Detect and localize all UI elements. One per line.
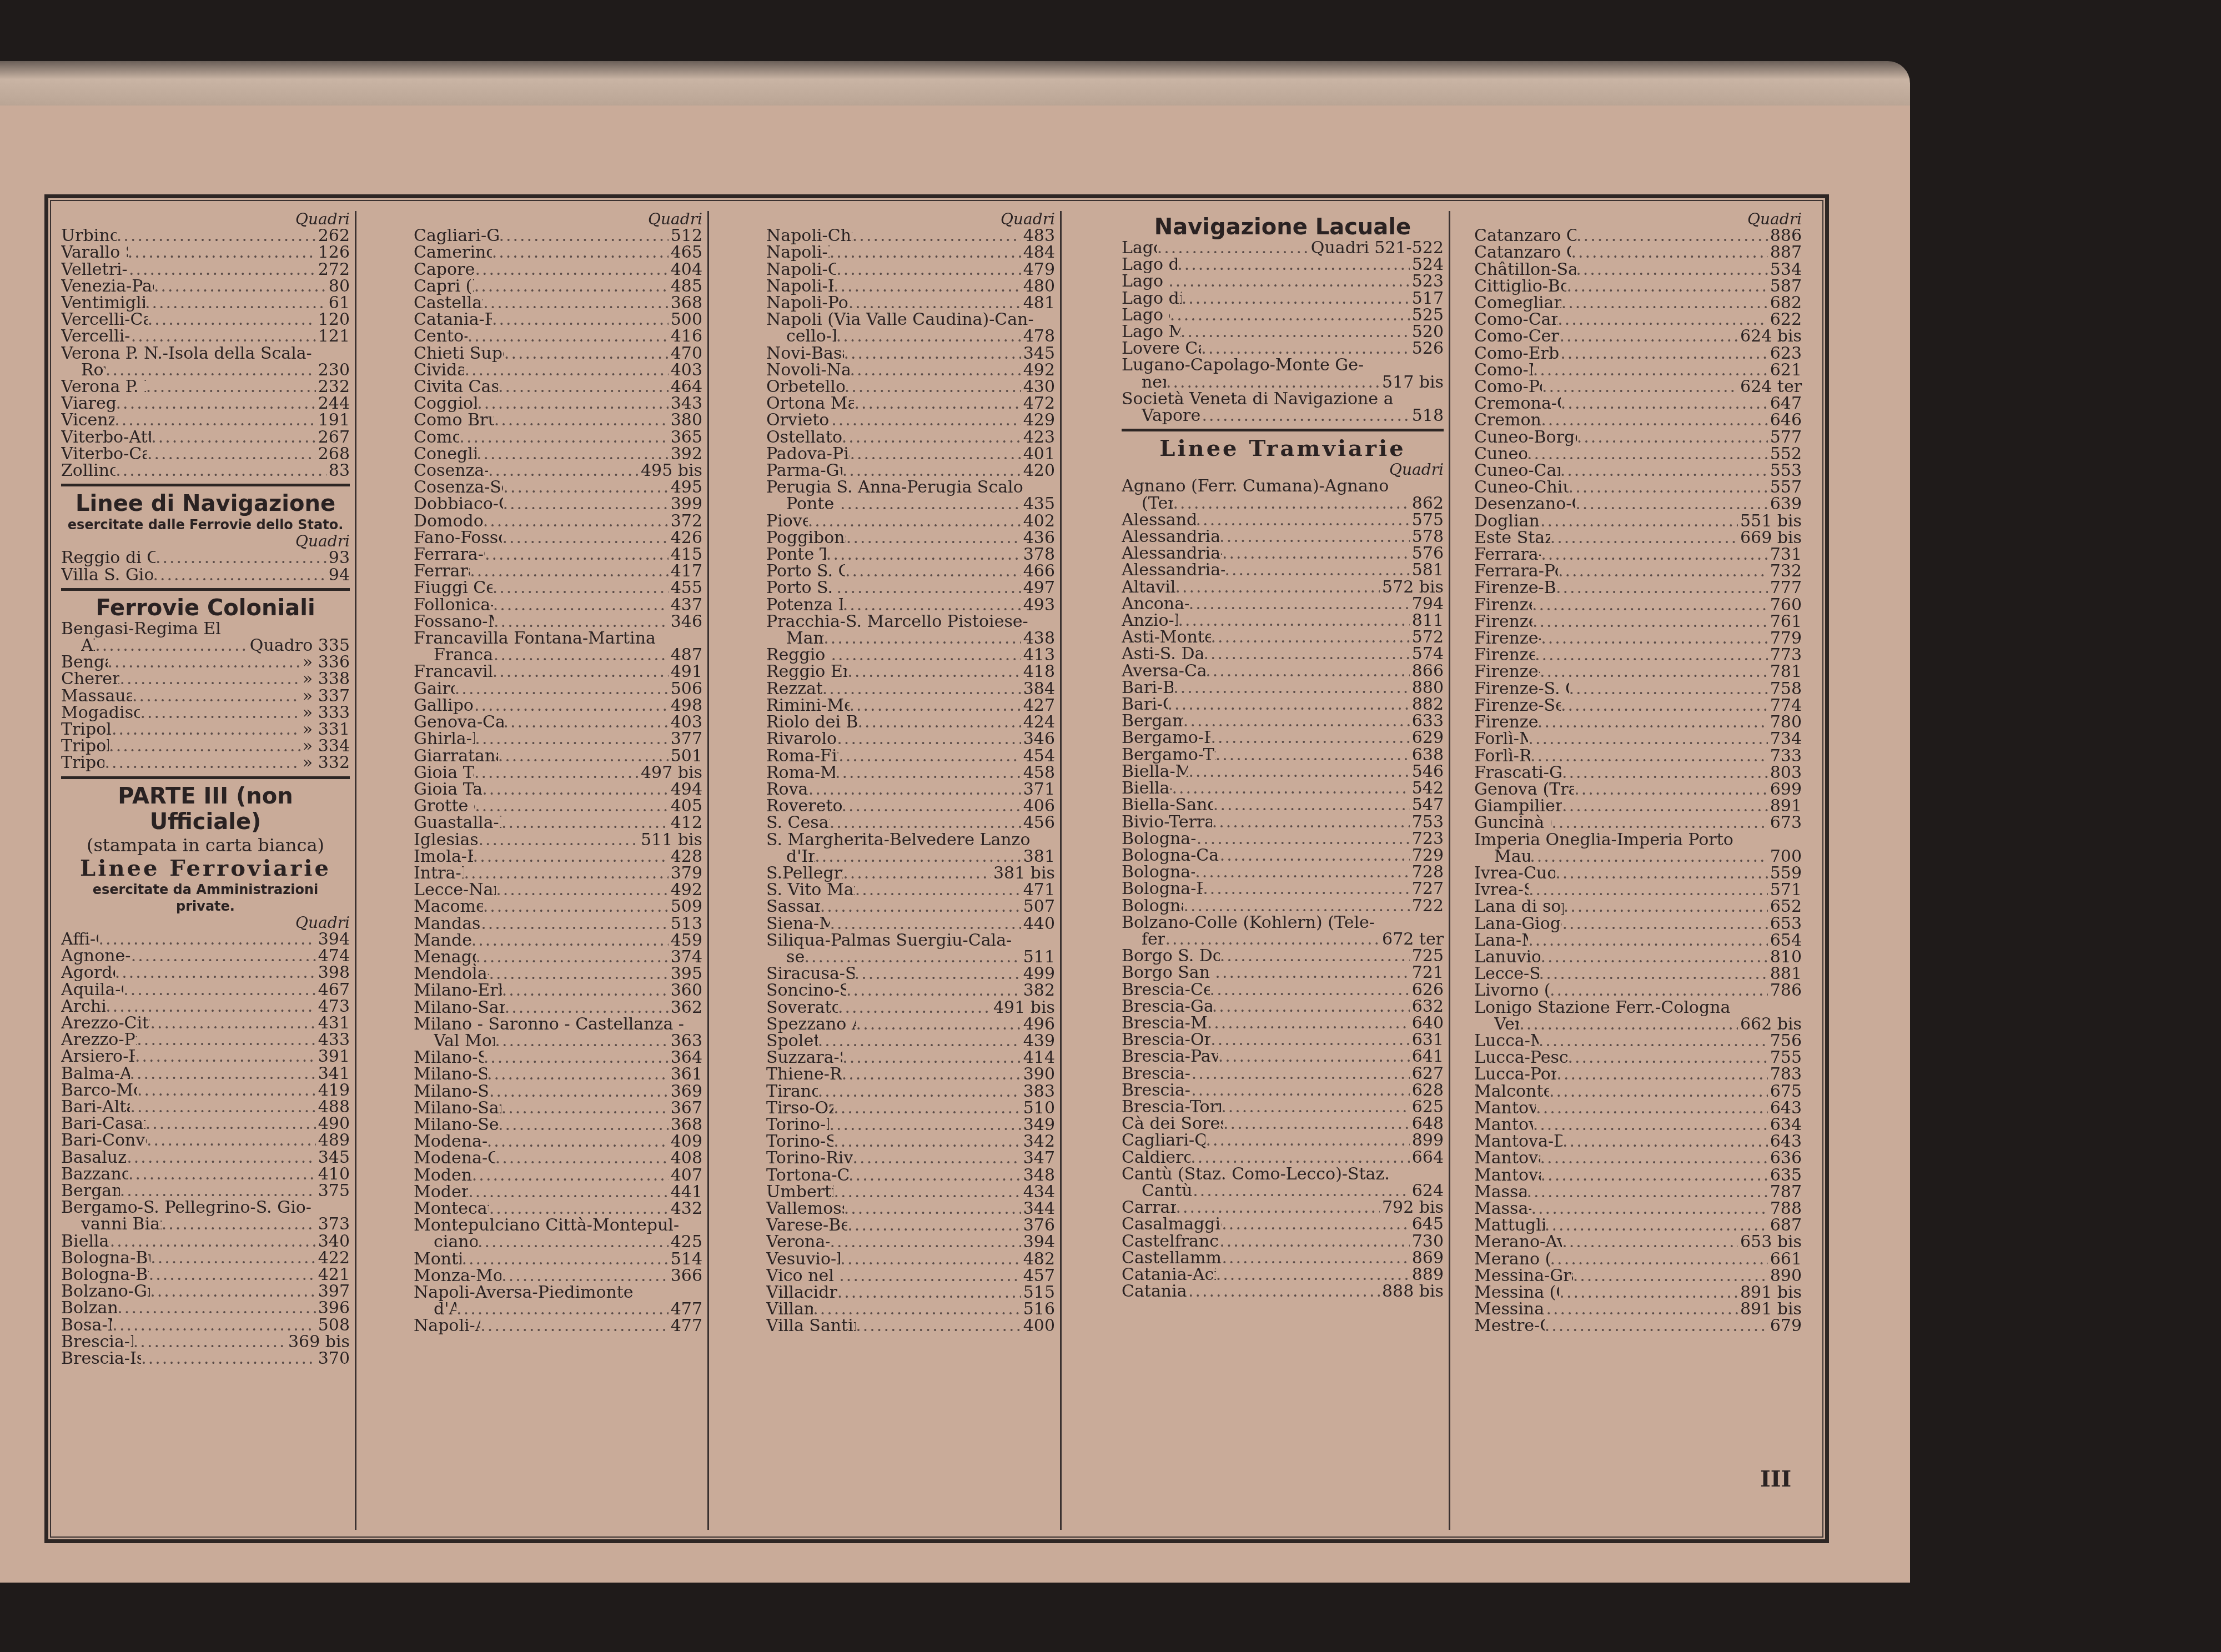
leader-dots [1566, 278, 1767, 295]
quadro-number: 623 [1768, 345, 1802, 362]
quadro-number: 699 [1768, 781, 1802, 798]
route-name: Umbertide-Todi-Terni [766, 1184, 833, 1201]
leader-dots [504, 714, 669, 731]
index-entry: Frascati-Genzano-Velletri803 [1474, 765, 1802, 781]
quadro-number: 887 [1768, 244, 1802, 261]
index-entry: Varallo Sesia-Novara126 [61, 244, 350, 261]
route-name: Siracusa-Sortino Fusco-Ragusa [766, 966, 855, 982]
quadro-number: 423 [1021, 429, 1055, 446]
leader-dots [129, 262, 316, 278]
route-name-cont: Maurizio [1494, 848, 1530, 865]
route-name: Lago d'Orta [1122, 307, 1170, 324]
quadro-number: 83 [326, 463, 350, 479]
quadro-number: 811 [1410, 612, 1444, 629]
quadro-number: 777 [1768, 580, 1802, 596]
index-entry: Fano-Fossombrone-Fermignano426 [414, 530, 702, 546]
route-name: Bari-Casamassima-Putignano [61, 1116, 145, 1132]
leader-dots [838, 748, 1021, 765]
index-entry: Siracusa-Sortino Fusco-Ragusa499 [766, 966, 1055, 982]
route-name: Como-Varese [414, 429, 459, 446]
route-name: Livorno (Tramvie di) [1474, 982, 1550, 999]
route-name: Bazzano-Spilamberto [61, 1166, 128, 1183]
index-entry: Gioia Tauro Cittanova497 bis [414, 765, 702, 781]
index-entry: Roma-Fiuggi-Frosinone454 [766, 748, 1055, 765]
index-entry: Caldiero-Tregnago664 [1122, 1149, 1444, 1166]
route-name: Bolzano-Colle (Kohlern) (Tele- [1122, 915, 1375, 931]
index-entry: Cittiglio-Bosco Valtravaglia587 [1474, 278, 1802, 295]
route-name: Carrara-Marina [1122, 1199, 1176, 1216]
quadro-number: 515 [1021, 1284, 1055, 1301]
leader-dots [833, 1100, 1021, 1117]
index-list: Bengasi-Regima ElAbiarQuadro 335Bengasi-… [61, 621, 350, 772]
index-entry: Genova (Tramvie elettriche di)699 [1474, 781, 1802, 798]
quadro-number: 675 [1768, 1083, 1802, 1100]
leader-dots [148, 312, 316, 328]
index-entry: Soverato-Chiaravalle Centr.491 bis [766, 1000, 1055, 1016]
index-entry: Altavilla-Casale572 bis [1122, 579, 1444, 596]
route-name-cont: d'Alife [434, 1301, 456, 1318]
quadro-number: 664 [1410, 1149, 1444, 1166]
route-name: Siena-Monte Antico [766, 916, 830, 932]
quadro-number: 890 [1768, 1268, 1802, 1284]
route-name: Agnano (Ferr. Cumana)-Agnano [1122, 478, 1389, 495]
quadro-number: 513 [669, 916, 702, 932]
index-entry: Bergamo-Trescore-Bersaglio638 [1122, 747, 1444, 764]
route-name: Domodossola-Locarno [414, 513, 483, 530]
quadro-number: 346 [1021, 731, 1055, 747]
leader-dots [829, 1117, 1021, 1133]
quadro-number: 673 [1768, 815, 1802, 831]
quadro-number: 633 [1410, 713, 1444, 730]
route-name: Ferrara-Codigoro [1474, 546, 1541, 563]
index-entry: Asti-S. Damiano-Canale574 [1122, 646, 1444, 662]
quadro-number: 377 [669, 731, 702, 747]
index-entry-continuation: ferica)672 ter [1122, 931, 1444, 948]
index-entry: Bivio-Terranova Bracciolini753 [1122, 814, 1444, 831]
quadro-number: 643 [1768, 1133, 1802, 1150]
quadro-number: 628 [1410, 1082, 1444, 1099]
section-title-tramviarie: Linee Tramviarie [1122, 436, 1444, 461]
leader-dots [1562, 765, 1768, 781]
index-entry: Modena-Sassuolo407 [414, 1167, 702, 1184]
leader-dots [474, 697, 669, 714]
quadro-number: 94 [326, 567, 350, 584]
index-entry: Milano-Saronno-Varese-Laveno367 [414, 1100, 702, 1117]
page-number: III [1760, 1466, 1791, 1492]
route-name: Soncino-Soresina Cremona [766, 982, 846, 999]
route-name: Cremona-Casalmaggiore [1474, 395, 1561, 412]
route-name: Merano (Tramvie di) [1474, 1251, 1550, 1268]
route-name: Camerino-Castelraimondo [414, 244, 492, 261]
leader-dots [836, 262, 1021, 278]
quadro-number: 891 bis [1738, 1284, 1802, 1301]
quadro-number: 732 [1768, 563, 1802, 580]
quadro-number: 761 [1768, 614, 1802, 630]
quadro-number: 375 [316, 1183, 350, 1199]
leader-dots [856, 1016, 1021, 1033]
index-entry: Agnano (Ferr. Cumana)-Agnano [1122, 478, 1444, 495]
leader-dots [131, 328, 316, 345]
leader-dots [1172, 780, 1409, 797]
leader-dots [115, 463, 326, 479]
route-name: Bologna-Castel S. Pietro-Imola [1122, 847, 1220, 864]
quadro-number: 679 [1768, 1318, 1802, 1334]
quadro-number: 518 [1410, 408, 1444, 424]
quadro-number: 525 [1410, 307, 1444, 324]
leader-dots [1535, 647, 1768, 664]
index-entry: Capri (Funicolare)485 [414, 278, 702, 295]
route-name: Agnone-Pescolanciano [61, 948, 131, 965]
leader-dots [133, 1334, 286, 1350]
route-name: Como-Mozzate [1474, 362, 1533, 379]
leader-dots [1222, 545, 1410, 562]
index-entry: Forlì-Meldola734 [1474, 731, 1802, 747]
route-name: Mantova-Ostiglia [1474, 1150, 1540, 1167]
leader-dots [117, 1300, 315, 1317]
leader-dots [1196, 512, 1410, 529]
route-name: Mantova-Dosso del Corso [1474, 1133, 1562, 1150]
index-entry: Bazzano-Spilamberto410 [61, 1166, 350, 1183]
route-name: Piove-Adria [766, 513, 808, 530]
leader-dots [131, 948, 316, 965]
leader-dots [484, 1050, 669, 1066]
route-name: Napoli-Ottaiano-Sarno [766, 262, 836, 278]
index-entry: Archi-Atessa473 [61, 998, 350, 1015]
quadro-number: 552 [1768, 446, 1802, 463]
index-entry: Verona-Affi-Caprino394 [766, 1234, 1055, 1251]
index-entry: Cagliari-Quarto S. Elena899 [1122, 1132, 1444, 1149]
leader-dots [1561, 295, 1768, 312]
quadro-number: 433 [316, 1032, 350, 1048]
index-entry: Brescia-Stocchetta628 [1122, 1082, 1444, 1099]
route-name: Montecatini (Funicolare) [414, 1201, 489, 1217]
index-entry: Napoli-Nola-Baiano484 [766, 244, 1055, 261]
index-entry: Livorno (Tramvie di)786 [1474, 982, 1802, 999]
route-name: Fano-Fossombrone-Fermignano [414, 530, 502, 546]
quadro-number: 546 [1410, 764, 1444, 780]
index-entry: Pracchia-S. Marcello Pistoiese- [766, 614, 1055, 630]
index-entry: Napoli-Pompei-Sarno480 [766, 278, 1055, 295]
route-name: Cento-Persiceto [414, 328, 468, 345]
leader-dots [833, 1184, 1021, 1201]
route-name: Fossano-Mondovì-Villanova [414, 614, 494, 630]
index-entry: Iglesias-Palmas Suergiu511 bis [414, 832, 702, 848]
quadro-number: 730 [1410, 1233, 1444, 1250]
route-name: Modena-Cavezzo Mirandola [414, 1150, 495, 1167]
section-subtitle-ferroviarie: esercitate da Amministrazioni private. [61, 881, 350, 915]
route-name: Porto S. Venere-Mileto [766, 580, 836, 596]
route-name: Bologna-Casalecchio [1122, 831, 1197, 847]
index-entry: Giarratana-Vizzini Campagna501 [414, 748, 702, 765]
leader-dots [470, 563, 669, 580]
quadro-number: 348 [1021, 1167, 1055, 1184]
route-name-cont: Val Morea-Mendrisio [434, 1033, 495, 1050]
route-name: Lucca-Pescia-Monsummano [1474, 1050, 1568, 1066]
leader-dots [489, 1201, 669, 1217]
quadro-number: 484 [1021, 244, 1055, 261]
leader-dots [843, 597, 1021, 614]
route-name: Napoli-Chiaia-Vomero (Funic.) [766, 228, 852, 244]
quadro-number: 733 [1768, 748, 1802, 765]
leader-dots [1562, 916, 1767, 932]
route-name: Como Brunate (Funicolare) [414, 412, 494, 429]
quadro-number: 662 bis [1738, 1016, 1802, 1033]
route-name: Chieti Superiore-Chieti Inferiore [414, 345, 504, 362]
index-entry: Catanzaro Città-Catanzaro Sala886 [1474, 228, 1802, 244]
index-entry: Catania-Acireale (Belvedere)889 [1122, 1267, 1444, 1283]
index-entry: Rezzato-Vobarno384 [766, 681, 1055, 697]
leader-dots [1223, 1116, 1410, 1132]
section-rule [61, 484, 350, 486]
route-name: Bari-Barletta [1122, 680, 1173, 696]
quadro-number: 440 [1021, 916, 1055, 932]
route-name: Milano-Saronno-Novara [414, 1066, 487, 1083]
index-entry: Brescia-Pavone Mella-Ostiano641 [1122, 1048, 1444, 1065]
route-name-cont: cello-Benevento [786, 328, 836, 345]
leader-dots [459, 429, 668, 446]
quadro-number: 232 [316, 379, 350, 395]
leader-dots [1203, 646, 1409, 662]
index-entry: Imola-Fontanelice428 [414, 848, 702, 865]
column-3: Quadri Napoli-Chiaia-Vomero (Funic.)483N… [766, 211, 1055, 1530]
quadro-number: 507 [1021, 898, 1055, 915]
route-name: Arezzo-Pratovecchio-Stia [61, 1032, 137, 1048]
quadro-number: 367 [669, 1100, 702, 1117]
leader-dots [1216, 1267, 1410, 1283]
index-entry: S. Margherita-Belvedere Lanzo [766, 832, 1055, 848]
leader-dots [1555, 865, 1768, 882]
leader-dots [1197, 831, 1410, 847]
quadro-number: 394 [1021, 1234, 1055, 1251]
route-name: Arezzo-Città di Castello-Fossato [61, 1015, 150, 1032]
index-entry: Piove-Adria402 [766, 513, 1055, 530]
quadro-number: 553 [1768, 463, 1802, 479]
index-entry: Cuneo-Chiusa Pesio (filovia)557 [1474, 479, 1802, 496]
index-entry: Affi-Garda394 [61, 931, 350, 948]
leader-dots [1211, 629, 1410, 646]
index-entry: Alessandria-Altavilla575 [1122, 512, 1444, 529]
route-name: Lago Maggiore [1122, 324, 1180, 340]
leader-dots [476, 446, 669, 463]
leader-dots [1168, 273, 1409, 290]
quadro-number: 401 [1021, 446, 1055, 463]
leader-dots [1549, 1083, 1768, 1100]
quadro-number: 268 [316, 446, 350, 463]
quadro-number: 400 [1021, 1318, 1055, 1334]
quadri-header: Quadri [1122, 461, 1444, 478]
index-entry: Ferrara-Pontelagoscuro732 [1474, 563, 1802, 580]
index-entry: Merano-Avelengo (Teleferica)653 bis [1474, 1234, 1802, 1251]
route-name: Poggibonsi-Colle Val d'Elsa [766, 530, 846, 546]
quadro-number: 557 [1768, 479, 1802, 496]
leader-dots [1527, 446, 1768, 463]
leader-dots [818, 1083, 1021, 1100]
leader-dots [151, 429, 316, 446]
index-entry: Forlì-Ravenna733 [1474, 748, 1802, 765]
quadro-number: 773 [1768, 647, 1802, 664]
quadri-header: Quadri [61, 533, 350, 550]
index-entry: Mantova-Viadana635 [1474, 1167, 1802, 1184]
index-entry: Follonica-Massa Marittima437 [414, 597, 702, 614]
leader-dots [141, 1350, 316, 1367]
quadro-number: 638 [1410, 747, 1444, 764]
route-name: Castelfranco d'Emilia-Bazzano [1122, 1233, 1219, 1250]
route-name: Roma-Fiuggi-Frosinone [766, 748, 838, 765]
leader-dots [504, 345, 669, 362]
quadro-number: 559 [1768, 865, 1802, 882]
leader-dots [1182, 290, 1410, 307]
leader-dots [105, 362, 316, 379]
quadro-number: 465 [669, 244, 702, 261]
leader-dots [483, 513, 669, 530]
route-name: Brescia-Orzinuovi-Soncino [1122, 1032, 1210, 1048]
index-entry: Conegliano-Vittorio392 [414, 446, 702, 463]
route-name: Torino-Rivarolo-Castellamonte [766, 1150, 853, 1167]
index-entry: Tirano-Sondrio383 [766, 1083, 1055, 1100]
quadro-number: 721 [1410, 965, 1444, 981]
leader-dots [1571, 244, 1767, 261]
index-entry: Macomer-Tirso-Nuoro509 [414, 898, 702, 915]
index-entry: Spezzano Albanese-Castrovillari496 [766, 1016, 1055, 1033]
index-entry: Verona P. N.-Isola della Scala- [61, 345, 350, 362]
index-list: Catanzaro Città-Catanzaro Sala886Catanza… [1474, 228, 1802, 1334]
quadro-number: » 337 [300, 688, 350, 705]
quadro-number: 464 [669, 379, 702, 395]
leader-dots [1529, 882, 1768, 898]
quadro-number: 61 [326, 295, 350, 312]
index-entry: Riolo dei Bagni-Castel Bolognese424 [766, 714, 1055, 731]
index-entry: Malcontenta-Mestre675 [1474, 1083, 1802, 1100]
quadro-number: 682 [1768, 295, 1802, 312]
index-entry: Cà dei Soresini-S. Giov. in Croce648 [1122, 1116, 1444, 1132]
leader-dots [493, 664, 669, 680]
route-name: Spezzano Albanese-Castrovillari [766, 1016, 856, 1033]
leader-dots [1165, 931, 1380, 948]
index-entry: Torino-Rivarolo-Castellamonte347 [766, 1150, 1055, 1167]
leader-dots [483, 898, 669, 915]
leader-dots [104, 755, 300, 771]
index-entry: Gallipoli-Casarano498 [414, 697, 702, 714]
leader-dots [1560, 345, 1768, 362]
quadro-number: 477 [669, 1318, 702, 1334]
leader-dots [485, 546, 669, 563]
quadro-number: 477 [669, 1301, 702, 1318]
index-list: Urbino-Fabriano262Varallo Sesia-Novara12… [61, 228, 350, 479]
quadro-number: » 332 [300, 755, 350, 771]
index-entry: Siliqua-Palmas Suergiu-Cala- [766, 932, 1055, 949]
index-entry: Caporetto-Cividale404 [414, 262, 702, 278]
quadro-number: 432 [669, 1201, 702, 1217]
leader-dots [115, 965, 316, 981]
index-entry: Ferrara-Copparo417 [414, 563, 702, 580]
route-name: Varese-Bettole-Ghirla-Luino [766, 1217, 847, 1234]
index-entry: Brescia-Tormini-Salò-Gargnano625 [1122, 1099, 1444, 1116]
route-name: Basaluzzo-Frugarolo [61, 1149, 127, 1166]
quadro-number: 577 [1768, 429, 1802, 446]
leader-dots [848, 295, 1021, 312]
index-entry: Lago d'Orta525 [1122, 307, 1444, 324]
route-name: Rovato-Iseo [766, 781, 808, 798]
route-name: Ancona-Falconara [1122, 596, 1189, 612]
index-entry-continuation: Ponte S. Giovanni435 [766, 496, 1055, 513]
quadro-number: 456 [1021, 815, 1055, 831]
leader-dots [805, 949, 1021, 966]
index-entry: Châtillon-Saint Vincent (filovia)534 [1474, 262, 1802, 278]
index-entry: Cuneo-Boves552 [1474, 446, 1802, 463]
quadro-number: 341 [316, 1066, 350, 1082]
leader-dots [1173, 680, 1410, 696]
route-name: Catania-Randazzo-Riposto [414, 312, 492, 328]
index-entry: Thiene-Rocchette-Asiago390 [766, 1066, 1055, 1083]
route-name: Brescia-Medole-Mantova [1122, 1015, 1207, 1032]
route-name: Menaggio-Porlezza [414, 949, 476, 966]
quadri-header: Quadri [61, 915, 350, 931]
index-entry: Biella-Mongrando546 [1122, 764, 1444, 780]
index-entry: Bosa-Macomer508 [61, 1317, 350, 1334]
quadro-number: 760 [1768, 597, 1802, 614]
route-name: Alessandria-Castelceriolo-Sale [1122, 529, 1219, 545]
index-entry: Napoli (Via Valle Caudina)-Can- [766, 312, 1055, 328]
quadro-number: 421 [316, 1267, 350, 1283]
index-entry: Vallemosso-Cossato-Biella344 [766, 1201, 1055, 1217]
leader-dots [1212, 998, 1410, 1015]
quadro-number: 626 [1410, 982, 1444, 998]
leader-dots [1531, 1201, 1768, 1217]
leader-dots [482, 781, 668, 798]
route-name: Cuneo-Chiusa Pesio (filovia) [1474, 479, 1569, 496]
route-name: Brescia-Iseo (via Monterot.) [61, 1334, 133, 1350]
index-entry: Bengasi-Regima El [61, 621, 350, 637]
quadro-number: » 338 [300, 671, 350, 687]
index-entry: Cento-Persiceto416 [414, 328, 702, 345]
route-name: Brescia-Iseo-Pisogne-Edolo [61, 1350, 141, 1367]
index-entry: Villa Santina-Staz. per la Carnia400 [766, 1318, 1055, 1334]
quadro-number: 378 [1021, 546, 1055, 563]
leader-dots [1557, 312, 1768, 328]
route-name: Urbino-Fabriano [61, 228, 117, 244]
index-entry: Firenze-Campi761 [1474, 614, 1802, 630]
leader-dots [1540, 513, 1738, 530]
index-entry: Catania-Randazzo-Riposto500 [414, 312, 702, 328]
quadro-number: 587 [1768, 278, 1802, 295]
index-entry: Cagliari-Gairo-Tortolì-Arbatax512 [414, 228, 702, 244]
route-name: Intra-Premeno [414, 865, 464, 882]
quadro-number: 571 [1768, 882, 1802, 898]
quadro-number: 398 [316, 965, 350, 981]
quadro-number: 403 [669, 362, 702, 379]
route-name: Firenze-Vingone [1474, 714, 1537, 731]
index-entry: Lucca-Maggiano756 [1474, 1033, 1802, 1050]
route-name: Caporetto-Cividale [414, 262, 475, 278]
index-entry: Montepulciano Città-Montepul- [414, 1217, 702, 1234]
index-entry: Rivarolo-Cuorgnè-Pont346 [766, 731, 1055, 747]
route-name: Parma-Guastalla-Suzzara [766, 463, 842, 479]
quadro-number: 783 [1768, 1066, 1802, 1083]
route-name: Mandas-Isili-Sorgono [414, 916, 481, 932]
quadro-number: 810 [1768, 949, 1802, 966]
leader-dots [843, 865, 991, 882]
index-entry: Ponte Tresa-Luino378 [766, 546, 1055, 563]
leader-dots [1560, 463, 1768, 479]
leader-dots [831, 412, 1021, 429]
quadro-number: 395 [669, 966, 702, 982]
index-entry: Agordo-Bribano398 [61, 965, 350, 981]
route-name: Lago di Como [1122, 240, 1157, 257]
route-name: Lanuvio-Genzano [1474, 949, 1540, 966]
column-divider [355, 211, 356, 1530]
route-name: Reggio Emilia-Carpi [766, 647, 831, 664]
index-entry: Porto S. Venere-Mileto497 [766, 580, 1055, 596]
